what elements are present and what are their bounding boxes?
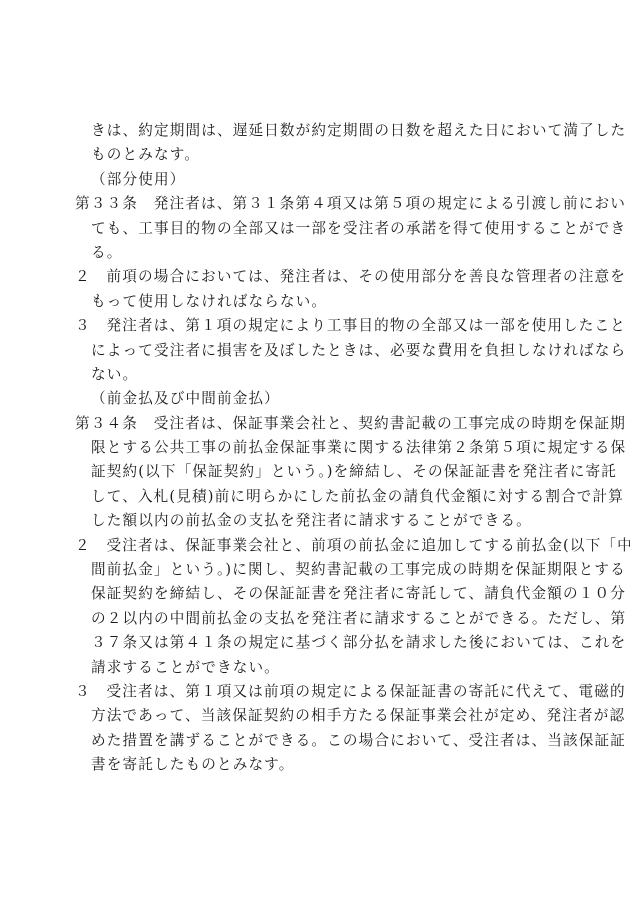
text-line: ない。 — [75, 363, 565, 387]
text-line: る。 — [75, 241, 565, 265]
text-line: 請求することができない。 — [75, 656, 565, 680]
clause-start-line: ３ 受注者は、第１項又は前項の規定による保証証書の寄託に代えて、電磁的 — [75, 680, 565, 704]
text-line: によって受注者に損害を及ぼしたときは、必要な費用を負担しなければなら — [75, 339, 565, 363]
text-line: きは、約定期間は、遅延日数が約定期間の日数を超えた日において満了した — [75, 119, 565, 143]
text-line: 保証契約を締結し、その保証証書を発注者に寄託して、請負代金額の１０分 — [75, 582, 565, 606]
article-heading: （部分使用） — [75, 168, 565, 192]
document-body: きは、約定期間は、遅延日数が約定期間の日数を超えた日において満了したものとみなす… — [75, 119, 565, 778]
text-line: 証契約(以下「保証契約」という。)を締結し、その保証証書を発注者に寄託 — [75, 460, 565, 484]
article-heading: （前金払及び中間前金払） — [75, 387, 565, 411]
text-line: 方法であって、当該保証契約の相手方たる保証事業会社が定め、発注者が認 — [75, 704, 565, 728]
text-line: 書を寄託したものとみなす。 — [75, 753, 565, 777]
document-page: きは、約定期間は、遅延日数が約定期間の日数を超えた日において満了したものとみなす… — [0, 0, 630, 903]
clause-start-line: ２ 前項の場合においては、発注者は、その使用部分を善良な管理者の注意を — [75, 265, 565, 289]
text-line: ものとみなす。 — [75, 143, 565, 167]
clause-start-line: 第３３条 発注者は、第３１条第４項又は第５項の規定による引渡し前におい — [75, 192, 565, 216]
text-line: めた措置を講ずることができる。この場合において、受注者は、当該保証証 — [75, 729, 565, 753]
clause-start-line: ３ 発注者は、第１項の規定により工事目的物の全部又は一部を使用したこと — [75, 314, 565, 338]
clause-start-line: 第３４条 受注者は、保証事業会社と、契約書記載の工事完成の時期を保証期 — [75, 412, 565, 436]
text-line: ３７条又は第４１条の規定に基づく部分払を請求した後においては、これを — [75, 631, 565, 655]
text-line: して、入札(見積)前に明らかにした前払金の請負代金額に対する割合で計算 — [75, 485, 565, 509]
text-line: 間前払金」という。)に関し、契約書記載の工事完成の時期を保証期限とする — [75, 558, 565, 582]
text-line: した額以内の前払金の支払を発注者に請求することができる。 — [75, 509, 565, 533]
text-line: もって使用しなければならない。 — [75, 290, 565, 314]
text-line: ても、工事目的物の全部又は一部を受注者の承諾を得て使用することができ — [75, 217, 565, 241]
clause-start-line: ２ 受注者は、保証事業会社と、前項の前払金に追加してする前払金(以下「中 — [75, 534, 565, 558]
text-line: の２以内の中間前払金の支払を発注者に請求することができる。ただし、第 — [75, 607, 565, 631]
text-line: 限とする公共工事の前払金保証事業に関する法律第２条第５項に規定する保 — [75, 436, 565, 460]
